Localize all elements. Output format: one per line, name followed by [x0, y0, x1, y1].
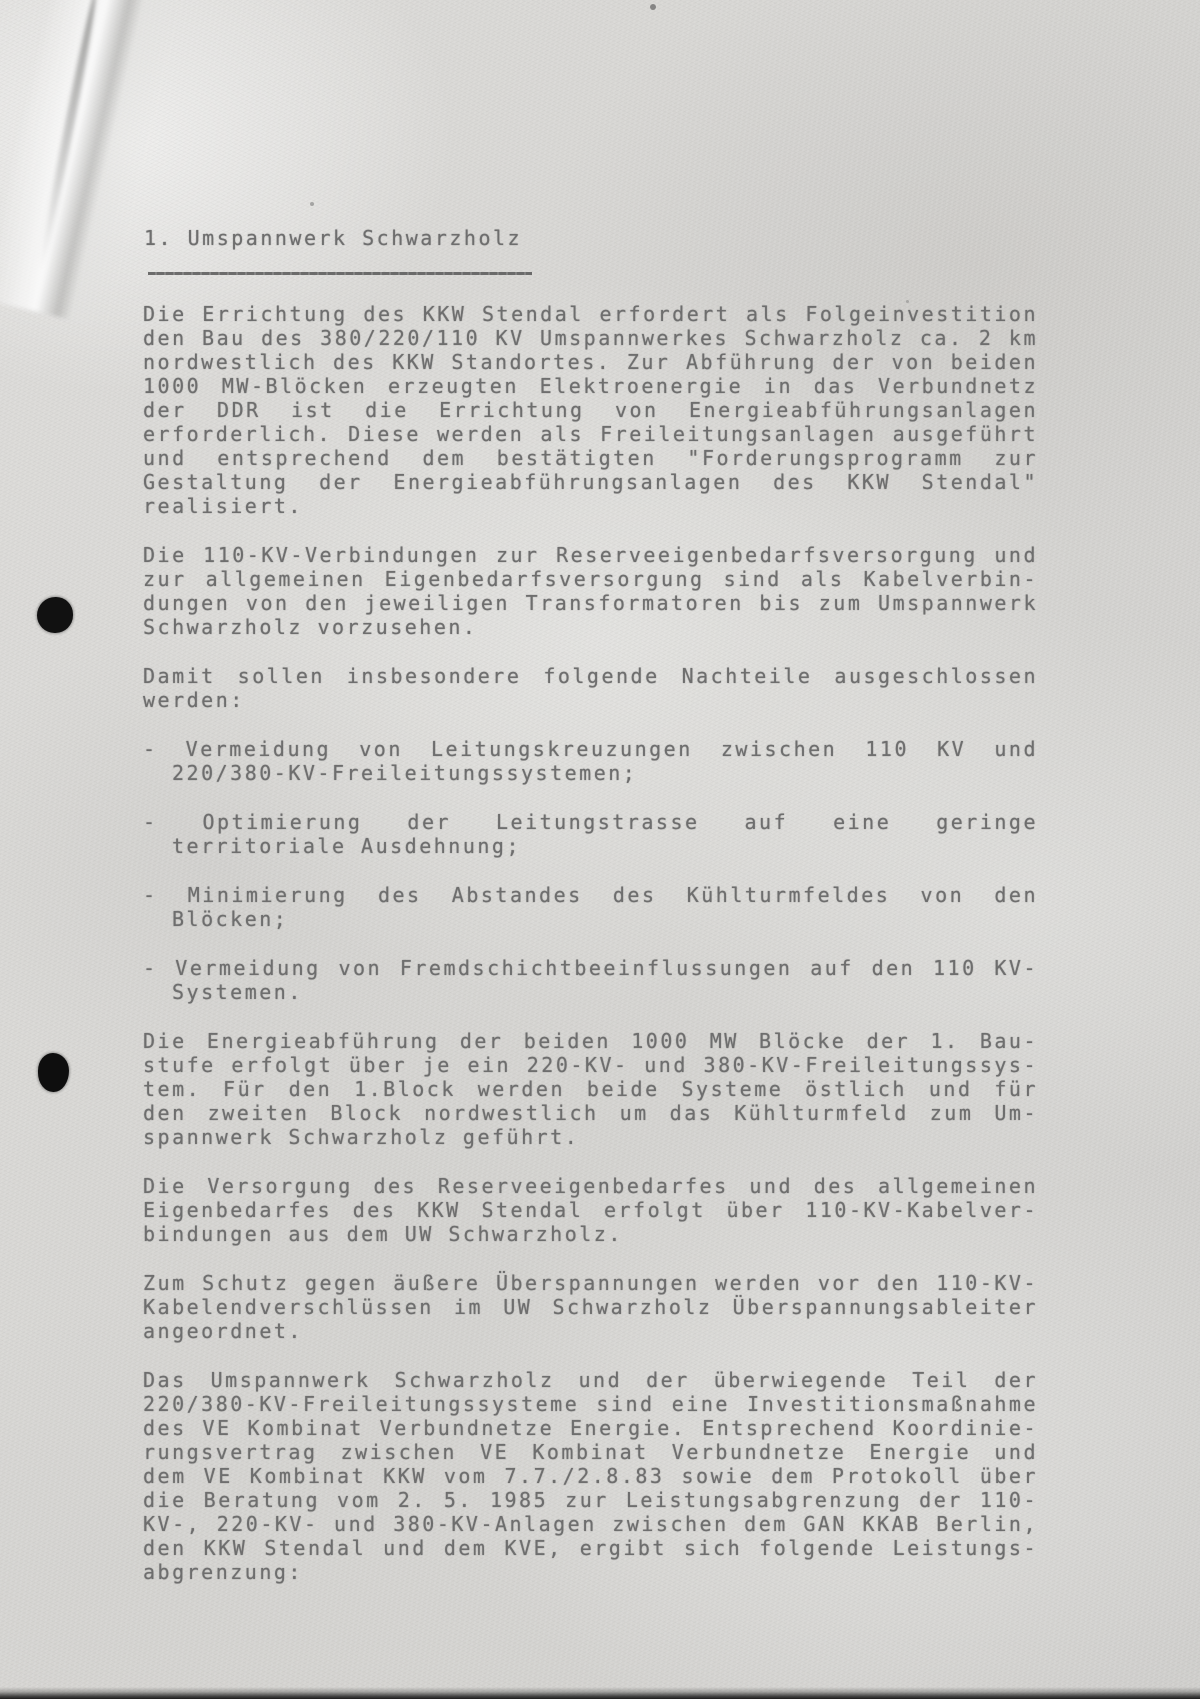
text-line: Die Energieabführung der beiden 1000 MW … [143, 1029, 1038, 1053]
text-line: Das Umspannwerk Schwarzholz und der über… [143, 1368, 1038, 1392]
text-line: 1000 MW-Blöcken erzeugten Elektroenergie… [143, 374, 1038, 398]
text-line: Kabelendverschlüssen im UW Schwarzholz Ü… [143, 1295, 1038, 1319]
text-line: Systemen. [143, 980, 1038, 1004]
text-line: KV-, 220-KV- und 380-KV-Anlagen zwischen… [143, 1512, 1038, 1536]
text-line: - Vermeidung von Fremdschichtbeeinflussu… [143, 956, 1038, 980]
text-line: Zum Schutz gegen äußere Überspannungen w… [143, 1271, 1038, 1295]
text-line: bindungen aus dem UW Schwarzholz. [143, 1222, 1038, 1246]
paragraph: Die Versorgung des Reserveeigenbedarfes … [143, 1174, 1038, 1246]
paragraph: - Minimierung des Abstandes des Kühlturm… [143, 883, 1038, 931]
section-heading: 1. Umspannwerk Schwarzholz [144, 226, 522, 250]
text-line: realisiert. [143, 494, 1038, 518]
paragraph: Das Umspannwerk Schwarzholz und der über… [143, 1368, 1038, 1584]
paragraph: Die 110-KV-Verbindungen zur Reserveeigen… [143, 543, 1038, 639]
text-line: dem VE Kombinat KKW vom 7.7./2.8.83 sowi… [143, 1464, 1038, 1488]
paragraph: Die Energieabführung der beiden 1000 MW … [143, 1029, 1038, 1149]
text-line: den Bau des 380/220/110 KV Umspannwerkes… [143, 326, 1038, 350]
text-line: Die Errichtung des KKW Stendal erfordert… [143, 302, 1038, 326]
text-line: erforderlich. Diese werden als Freileitu… [143, 422, 1038, 446]
text-line: rungsvertrag zwischen VE Kombinat Verbun… [143, 1440, 1038, 1464]
text-line: den zweiten Block nordwestlich um das Kü… [143, 1101, 1038, 1125]
scan-speck [310, 202, 314, 206]
text-line: Eigenbedarfes des KKW Stendal erfolgt üb… [143, 1198, 1038, 1222]
text-line: abgrenzung: [143, 1560, 1038, 1584]
text-line: angeordnet. [143, 1319, 1038, 1343]
text-line: zur allgemeinen Eigenbedarfsversorgung s… [143, 567, 1038, 591]
text-line: 220/380-KV-Freileitungssystemen; [143, 761, 1038, 785]
paragraph: Die Errichtung des KKW Stendal erfordert… [143, 302, 1038, 518]
text-line: Blöcken; [143, 907, 1038, 931]
punch-hole-mark [37, 597, 73, 633]
text-line: 220/380-KV-Freileitungssysteme sind eine… [143, 1392, 1038, 1416]
paragraph: - Vermeidung von Leitungskreuzungen zwis… [143, 737, 1038, 785]
text-line: territoriale Ausdehnung; [143, 834, 1038, 858]
paragraph: - Optimierung der Leitungstrasse auf ein… [143, 810, 1038, 858]
text-line: stufe erfolgt über je ein 220-KV- und 38… [143, 1053, 1038, 1077]
body-text: Die Errichtung des KKW Stendal erfordert… [143, 302, 1038, 1609]
paragraph: Zum Schutz gegen äußere Überspannungen w… [143, 1271, 1038, 1343]
text-line: Gestaltung der Energieabführungsanlagen … [143, 470, 1038, 494]
text-line: - Vermeidung von Leitungskreuzungen zwis… [143, 737, 1038, 761]
paragraph: - Vermeidung von Fremdschichtbeeinflussu… [143, 956, 1038, 1004]
text-line: Schwarzholz vorzusehen. [143, 615, 1038, 639]
text-line: - Optimierung der Leitungstrasse auf ein… [143, 810, 1038, 834]
text-line: spannwerk Schwarzholz geführt. [143, 1125, 1038, 1149]
punch-hole-mark [38, 1053, 69, 1092]
text-line: Die Versorgung des Reserveeigenbedarfes … [143, 1174, 1038, 1198]
text-line: tem. Für den 1.Block werden beide System… [143, 1077, 1038, 1101]
text-line: der DDR ist die Errichtung von Energieab… [143, 398, 1038, 422]
text-line: Damit sollen insbesondere folgende Nacht… [143, 664, 1038, 688]
scan-bottom-edge-shadow [0, 1687, 1200, 1699]
text-line: nordwestlich des KKW Standortes. Zur Abf… [143, 350, 1038, 374]
text-line: dungen von den jeweiligen Transformatore… [143, 591, 1038, 615]
text-line: werden: [143, 688, 1038, 712]
text-line: - Minimierung des Abstandes des Kühlturm… [143, 883, 1038, 907]
paragraph: Damit sollen insbesondere folgende Nacht… [143, 664, 1038, 712]
text-line: den KKW Stendal und dem KVE, ergibt sich… [143, 1536, 1038, 1560]
heading-underline [148, 272, 532, 275]
scan-speck [650, 4, 656, 10]
text-line: Die 110-KV-Verbindungen zur Reserveeigen… [143, 543, 1038, 567]
scanned-document-page: { "colors": { "paper": "#d6d5d2", "ink":… [0, 0, 1200, 1699]
text-line: des VE Kombinat Verbundnetze Energie. En… [143, 1416, 1038, 1440]
text-line: die Beratung vom 2. 5. 1985 zur Leistung… [143, 1488, 1038, 1512]
paper-crease-mark [0, 0, 207, 332]
text-line: und entsprechend dem bestätigten "Forder… [143, 446, 1038, 470]
